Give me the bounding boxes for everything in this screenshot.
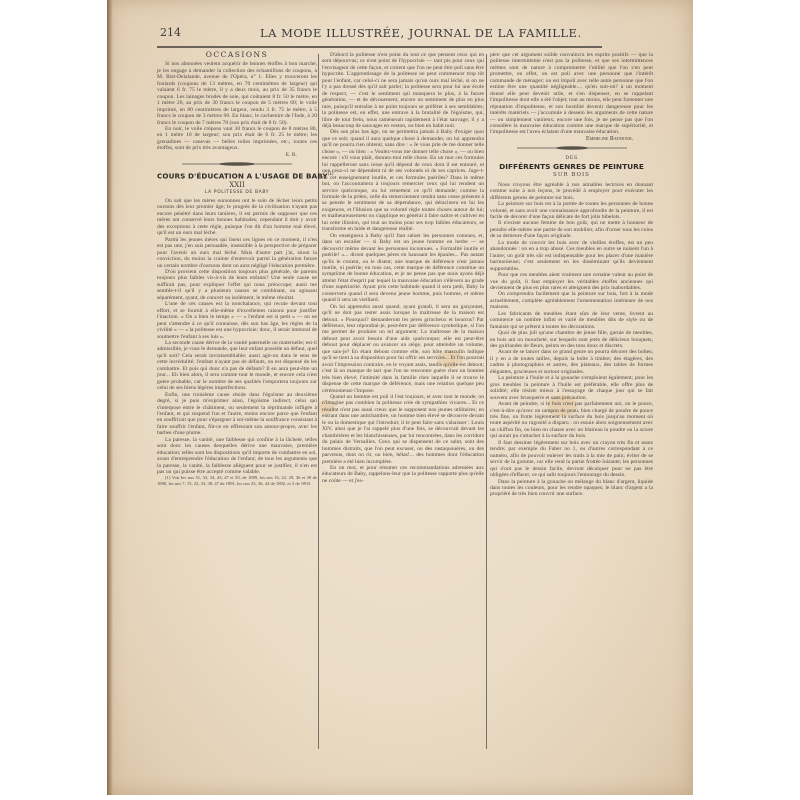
section-title-cours: COURS D'ÉDUCATION A L'USAGE DE BABY(1)	[157, 171, 317, 180]
column-left: OCCASIONS Si nos abonnées veulent acquér…	[157, 52, 317, 487]
ornament-divider-icon	[517, 145, 627, 151]
paragraph: Nous croyons être agréable à nos aimable…	[490, 182, 653, 201]
footnote: (1) Voir les nos 31, 33, 34, 43, 47 et 5…	[157, 475, 317, 487]
paragraph: La peinture sur bois est à la portée de …	[490, 201, 653, 220]
paragraph: Les fabricants de meubles étant sûrs de …	[490, 311, 653, 330]
paragraph: Dès son plus bas âge, on ne permettra ja…	[322, 129, 484, 232]
chapter-subtitle: LA POLITESSE DE BABY	[157, 190, 317, 196]
ornament-divider-icon	[182, 161, 292, 167]
signature-initials: E. R.	[157, 152, 317, 158]
section-subtitle: SUR BOIS	[490, 172, 653, 178]
paragraph: Enfin, une troisième cause réside dans l…	[157, 392, 317, 437]
paragraph: La paresse, la vanité, une faiblesse qui…	[157, 437, 317, 476]
column-divider	[318, 54, 319, 749]
journal-title: LA MODE ILLUSTRÉE, JOURNAL DE LA FAMILLE…	[260, 26, 582, 40]
paragraph: D'abord la politesse n'est point du tout…	[322, 52, 484, 129]
paragraph: En noir, le voile crépons vaut 30 francs…	[157, 126, 317, 152]
paragraph: En un mot, et pour résumer ces recommand…	[322, 465, 484, 484]
paragraph: Parmi les jeunes mères qui lisent ces li…	[157, 237, 317, 269]
section-title-peinture: DIFFÉRENTS GENRES DE PEINTURE	[490, 164, 653, 170]
paragraph: Quand un homme est poli il l'est toujour…	[322, 394, 484, 465]
chapter-number: XXII	[157, 182, 317, 188]
column-divider	[486, 54, 487, 749]
paragraph: On sait que les mères oursonnes ont le s…	[157, 198, 317, 237]
column-middle: D'abord la politesse n'est point du tout…	[322, 52, 484, 484]
paragraph: On lui apprendra aussi quand, ayant gran…	[322, 304, 484, 394]
paragraph: La peinture à l'huile et à la gouache s'…	[490, 375, 653, 401]
header-rule	[157, 46, 602, 48]
paragraph: Quoi de plus joli qu'une chambre de jeun…	[490, 330, 653, 349]
signature: Emmeline Raymond.	[490, 136, 653, 142]
paragraph: On comprendra facilement que la peinture…	[490, 291, 653, 310]
paragraph: Il faut dessiner légèrement sur bois ave…	[490, 440, 653, 479]
paragraph: La seconde cause dérive de la vanité pat…	[157, 340, 317, 392]
column-right: père que cet argument solide convaincra …	[490, 52, 653, 498]
running-head: 214 LA MODE ILLUSTRÉE, JOURNAL DE LA FAM…	[160, 26, 600, 46]
paragraph: Il n'existe aucune femme de bon goût, qu…	[490, 220, 653, 239]
title-text: COURS D'ÉDUCATION A L'USAGE DE BABY	[157, 172, 328, 181]
paragraph: Avant de se lancer dans ce grand genre o…	[490, 349, 653, 375]
paragraph: Dans la peinture à la gouache on mélange…	[490, 479, 653, 498]
paragraph: L'une de ces causes est la nonchalance, …	[157, 301, 317, 340]
paragraph: D'où provient cette disposition toujours…	[157, 269, 317, 301]
paragraph: Pour que ces meubles aient vraiment une …	[490, 272, 653, 291]
section-pretitle: DES	[490, 155, 653, 161]
paragraph: Avant de peindre; si le bois n'est pas p…	[490, 401, 653, 440]
paragraph: On enseignera à Baby qu'il faut saluer l…	[322, 233, 484, 304]
paragraph: père que cet argument solide convaincra …	[490, 52, 653, 136]
paragraph: Si nos abonnées veulent acquérir de bonn…	[157, 61, 317, 126]
paragraph: La mode de couvrir les bois avec de viei…	[490, 240, 653, 272]
page-number: 214	[160, 26, 181, 39]
newspaper-page: 214 LA MODE ILLUSTRÉE, JOURNAL DE LA FAM…	[107, 0, 693, 795]
section-title-occasions: OCCASIONS	[157, 52, 317, 58]
